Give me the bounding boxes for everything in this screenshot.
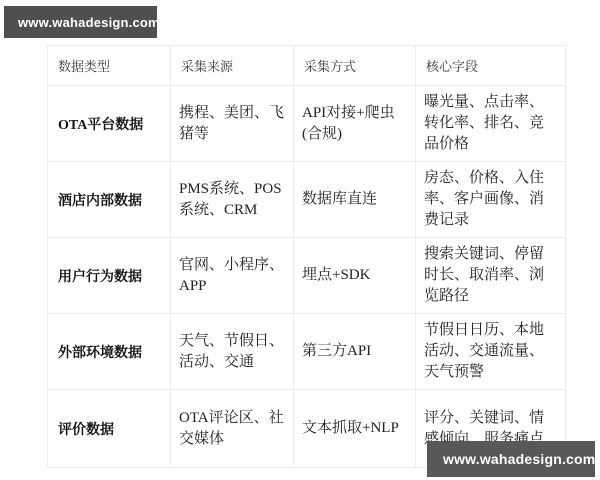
- table-row: 外部环境数据 天气、节假日、活动、交通 第三方API 节假日日历、本地活动、交通…: [48, 314, 566, 390]
- row-fields: 搜索关键词、停留时长、取消率、浏览路径: [416, 238, 566, 314]
- row-method: API对接+爬虫(合规): [294, 86, 416, 162]
- watermark-top: www.wahadesign.com: [4, 6, 157, 38]
- row-type: 外部环境数据: [48, 314, 171, 390]
- header-core-fields: 核心字段: [416, 46, 566, 86]
- table-row: 酒店内部数据 PMS系统、POS系统、CRM 数据库直连 房态、价格、入住率、客…: [48, 162, 566, 238]
- data-table: 数据类型 采集来源 采集方式 核心字段 OTA平台数据 携程、美团、飞猪等 AP…: [47, 45, 566, 468]
- row-source: 携程、美团、飞猪等: [171, 86, 294, 162]
- row-type: 评价数据: [48, 390, 171, 468]
- row-method: 文本抓取+NLP: [294, 390, 416, 468]
- header-collection-source: 采集来源: [171, 46, 294, 86]
- row-fields: 曝光量、点击率、转化率、排名、竞品价格: [416, 86, 566, 162]
- row-type: 用户行为数据: [48, 238, 171, 314]
- table-row: 用户行为数据 官网、小程序、APP 埋点+SDK 搜索关键词、停留时长、取消率、…: [48, 238, 566, 314]
- row-method: 第三方API: [294, 314, 416, 390]
- header-collection-method: 采集方式: [294, 46, 416, 86]
- watermark-bottom: www.wahadesign.com: [427, 441, 595, 477]
- row-source: 天气、节假日、活动、交通: [171, 314, 294, 390]
- row-type: 酒店内部数据: [48, 162, 171, 238]
- row-method: 埋点+SDK: [294, 238, 416, 314]
- row-source: 官网、小程序、APP: [171, 238, 294, 314]
- header-data-type: 数据类型: [48, 46, 171, 86]
- watermark-bottom-text: www.wahadesign.com: [443, 451, 595, 467]
- row-method: 数据库直连: [294, 162, 416, 238]
- page: www.wahadesign.com 数据类型 采集来源 采集方式 核心字段 O…: [0, 0, 600, 480]
- watermark-top-text: www.wahadesign.com: [18, 15, 160, 30]
- row-type: OTA平台数据: [48, 86, 171, 162]
- row-fields: 房态、价格、入住率、客户画像、消费记录: [416, 162, 566, 238]
- row-fields: 节假日日历、本地活动、交通流量、天气预警: [416, 314, 566, 390]
- row-source: PMS系统、POS系统、CRM: [171, 162, 294, 238]
- table-row: OTA平台数据 携程、美团、飞猪等 API对接+爬虫(合规) 曝光量、点击率、转…: [48, 86, 566, 162]
- row-source: OTA评论区、社交媒体: [171, 390, 294, 468]
- header-row: 数据类型 采集来源 采集方式 核心字段: [48, 46, 566, 86]
